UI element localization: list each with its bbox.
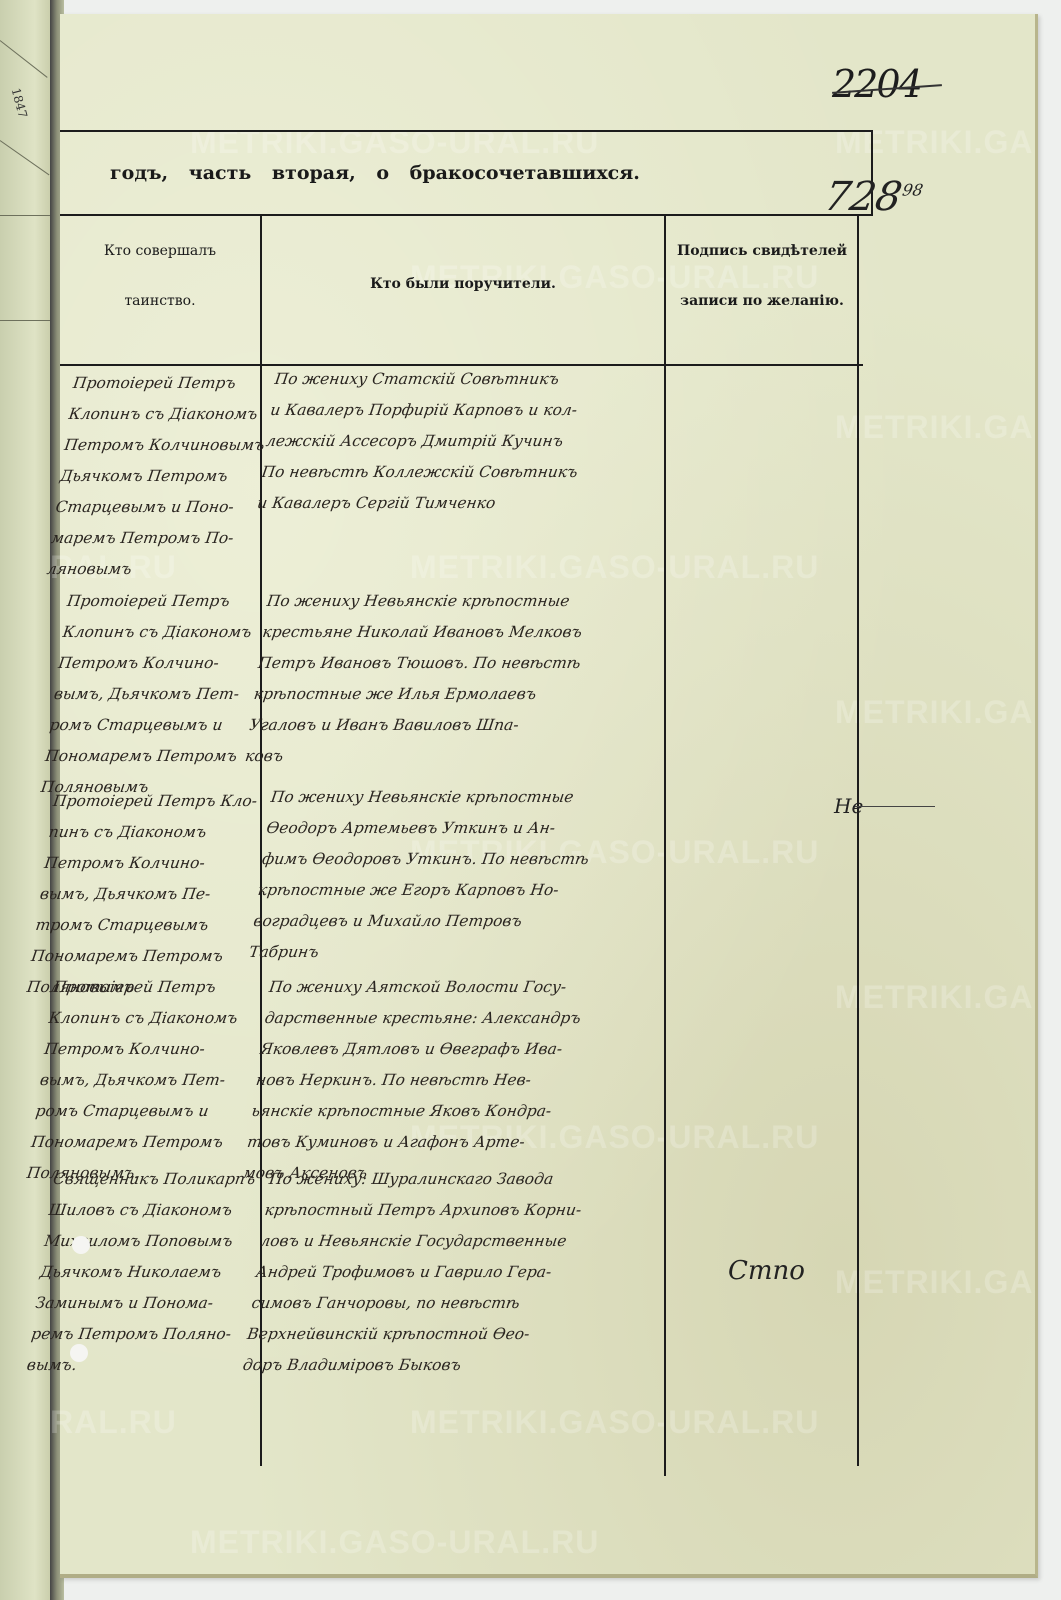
punch-hole [70,1344,88,1362]
title-rule [60,214,873,216]
watermark: METRIKI.GA [835,409,1033,446]
register-page: METRIKI.GASO-URAL.RU METRIKI.GA METRIKI.… [60,14,1038,1578]
entry-5-guarantors: По жениху: Шуралинскаго Завода крѣпостны… [241,1164,683,1381]
watermark: METRIKI.GA [835,1264,1033,1301]
entry-5-officiant: Священникъ Поликарпъ Шиловъ съ Діакономъ… [25,1164,275,1381]
header-line: Кто совершалъ [60,226,260,276]
entry-5-witness-note: Стпо [728,1256,805,1286]
watermark: METRIKI.GASO-URAL.RU [410,1404,819,1441]
entry-3-officiant: Протоіерей Петръ Кло- пинъ съ Діакономъ … [25,786,275,1003]
column-header-witness-signature: Подпись свидѣтелей записи по желанію. [666,226,858,326]
left-page-year-fragment: 1847 [9,86,30,119]
header-line: записи по желанію. [666,276,858,326]
signature-flourish [855,806,935,807]
watermark: RAL.RU [50,1404,177,1441]
entry-1-guarantors: По жениху Статскiй Совѣтникъ и Кавалеръ … [255,364,677,519]
header-line: таинство. [60,276,260,326]
entry-1-officiant: Протоіерей Петръ Клопинъ съ Діакономъ Пе… [45,368,275,585]
column-divider [857,216,859,1466]
top-rule [60,130,873,132]
watermark: METRIKI.GASO-URAL.RU [410,549,819,586]
column-header-guarantors: Кто были поручители. [262,259,664,309]
watermark: METRIKI.GA [835,979,1033,1016]
entry-3-guarantors: По жениху Невьянскiе крѣпостные Ѳеодоръ … [247,782,683,968]
watermark: METRIKI.GASO-URAL.RU [190,1524,599,1561]
entry-2-guarantors: По жениху Невьянскiе крѣпостные крестьян… [243,586,679,772]
entry-2-officiant: Протоіерей Петръ Клопинъ съ Діакономъ Пе… [39,586,275,803]
watermark: METRIKI.GA [835,694,1033,731]
section-title: годъ, часть вторая, о бракосочетавшихся. [110,162,640,184]
page-number: 72898 [821,174,926,220]
header-line: Кто были поручители. [262,259,664,309]
page-number-main: 728 [821,174,905,220]
page-number-sup: 98 [901,181,925,200]
entry-4-guarantors: По жениху Аятской Волости Госу- дарствен… [241,972,683,1189]
entry-4-officiant: Протоіерей Петръ Клопинъ съ Діакономъ Пе… [25,972,275,1189]
column-header-officiant: Кто совершалъ таинство. [60,226,260,326]
header-line: Подпись свидѣтелей [666,226,858,276]
punch-hole [72,1236,90,1254]
folio-number-struck: 2204 [832,62,921,106]
